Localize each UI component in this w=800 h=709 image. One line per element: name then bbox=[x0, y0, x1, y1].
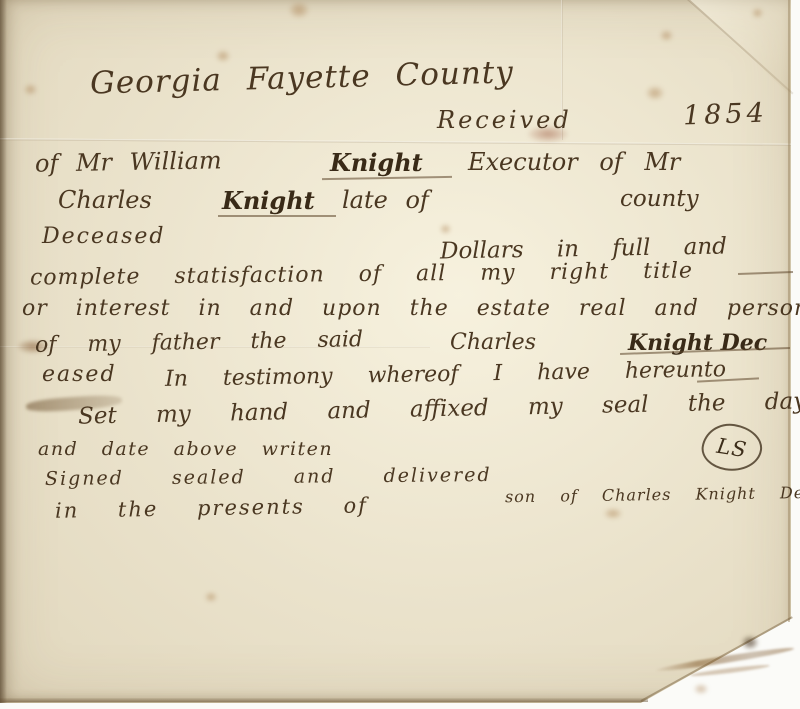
stain bbox=[205, 592, 217, 602]
line-date: and date above writen bbox=[38, 438, 333, 460]
received-label: Received bbox=[437, 106, 572, 134]
text-segment: of Mr William bbox=[35, 146, 222, 177]
text-segment: Executor of Mr bbox=[468, 148, 680, 176]
text-segment: eased bbox=[42, 362, 117, 387]
stain bbox=[289, 2, 309, 18]
stain bbox=[440, 224, 451, 234]
seal-text: LS bbox=[715, 433, 749, 461]
name-knight: Knight bbox=[330, 148, 423, 177]
paper-edge bbox=[0, 698, 648, 702]
line-son: son of Charles Knight Decd bbox=[505, 483, 800, 506]
ink-line bbox=[218, 215, 336, 217]
stain bbox=[660, 30, 673, 41]
stain bbox=[604, 508, 622, 519]
year: 1854 bbox=[682, 98, 768, 132]
name-charles: Charles bbox=[450, 330, 536, 355]
paper-edge-shadow bbox=[0, 0, 7, 703]
text-segment: county bbox=[620, 186, 699, 212]
stain bbox=[752, 8, 763, 18]
ink-blot bbox=[742, 636, 758, 649]
stain bbox=[646, 86, 664, 100]
text-segment: late of bbox=[342, 186, 429, 214]
stain bbox=[694, 684, 708, 694]
line-deceased: Deceased bbox=[42, 224, 166, 249]
stain bbox=[24, 84, 37, 95]
line-interest: or interest in and upon the estate real … bbox=[22, 296, 800, 321]
name-knight: Knight bbox=[222, 186, 315, 215]
stain bbox=[216, 50, 230, 62]
scanned-document: Georgia Fayette County Received 1854 of … bbox=[0, 0, 800, 709]
name-charles: Charles bbox=[58, 186, 152, 214]
line-signed: Signed sealed and delivered bbox=[45, 464, 492, 490]
